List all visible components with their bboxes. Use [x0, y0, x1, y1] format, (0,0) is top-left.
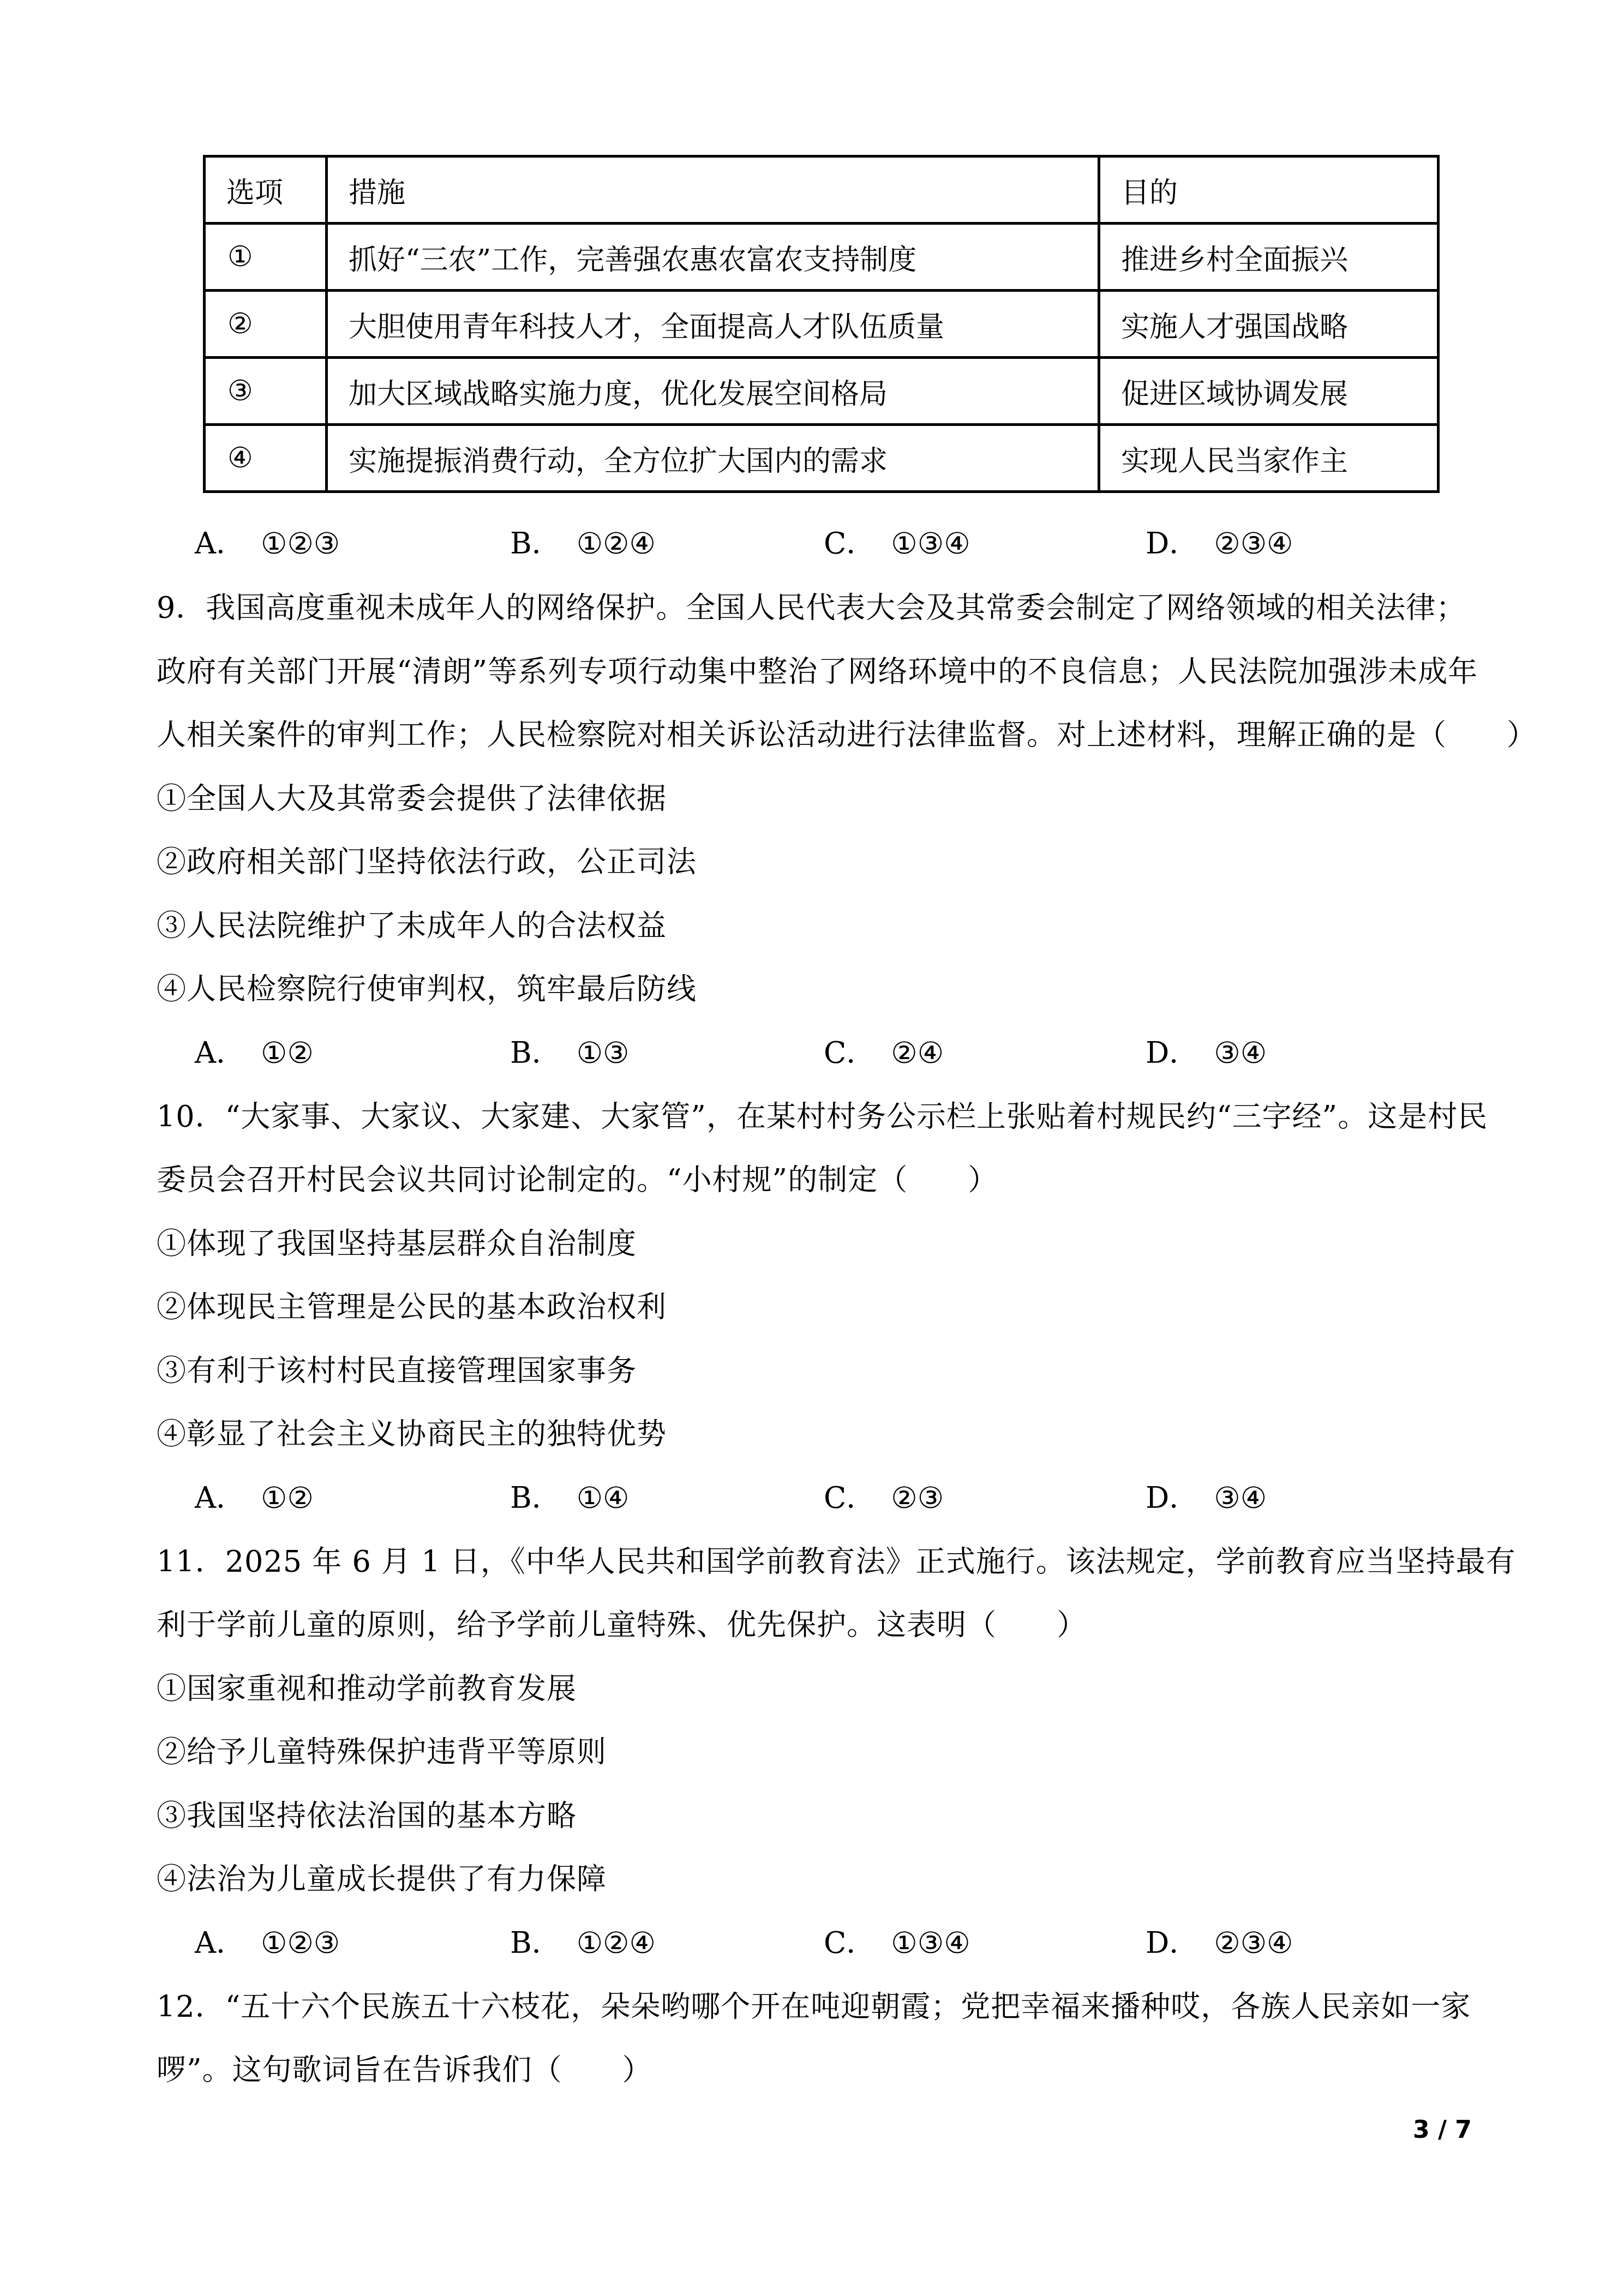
q8-choices: A．①②③ B．①②④ C．①③④ D．②③④ [195, 525, 1504, 563]
q11-statement-2: ②给予儿童特殊保护违背平等原则 [157, 1733, 607, 1771]
q11-statement-3: ③我国坚持依法治国的基本方略 [157, 1797, 577, 1835]
q11-choice-a[interactable]: A．①②③ [195, 1924, 340, 1962]
q10-statement-1: ①体现了我国坚持基层群众自治制度 [157, 1225, 637, 1263]
q9-choice-c[interactable]: C．②④ [824, 1034, 944, 1072]
q9-choice-a[interactable]: A．①② [195, 1034, 314, 1072]
table-header-goal: 目的 [1099, 157, 1439, 224]
q9-statement-1: ①全国人大及其常委会提供了法律依据 [157, 780, 667, 818]
q9-choices: A．①② B．①③ C．②④ D．③④ [195, 1034, 1504, 1072]
q10-choices: A．①② B．①④ C．②③ D．③④ [195, 1479, 1504, 1517]
measures-table: 选项 措施 目的 ① 抓好“三农”工作，完善强农惠农富农支持制度 推进乡村全面振… [203, 155, 1440, 493]
q9-statement-3: ③人民法院维护了未成年人的合法权益 [157, 907, 667, 945]
q10-stem-line-2: 委员会召开村民会议共同讨论制定的。“小村规”的制定（ ） [157, 1161, 998, 1199]
q11-choices: A．①②③ B．①②④ C．①③④ D．②③④ [195, 1924, 1504, 1962]
q8-choice-c[interactable]: C．①③④ [824, 525, 970, 563]
table-cell-measure: 抓好“三农”工作，完善强农惠农富农支持制度 [327, 224, 1099, 291]
q10-choice-d[interactable]: D．③④ [1146, 1479, 1267, 1517]
q10-choice-b[interactable]: B．①④ [510, 1479, 630, 1517]
table-header-option: 选项 [205, 157, 327, 224]
q9-choice-d[interactable]: D．③④ [1146, 1034, 1267, 1072]
q9-stem-line-2: 政府有关部门开展“清朗”等系列专项行动集中整治了网络环境中的不良信息；人民法院加… [157, 653, 1478, 691]
q9-statement-4: ④人民检察院行使审判权，筑牢最后防线 [157, 970, 697, 1008]
q8-choice-d[interactable]: D．②③④ [1146, 525, 1293, 563]
table-cell-option: ② [205, 291, 327, 358]
q11-stem-line-1: 11．2025 年 6 月 1 日，《中华人民共和国学前教育法》正式施行。该法规… [157, 1543, 1516, 1581]
table-cell-goal: 实施人才强国战略 [1099, 291, 1439, 358]
table-header-measure: 措施 [327, 157, 1099, 224]
table-cell-option: ④ [205, 425, 327, 492]
q11-statement-4: ④法治为儿童成长提供了有力保障 [157, 1860, 607, 1898]
q11-choice-c[interactable]: C．①③④ [824, 1924, 970, 1962]
table-row: ④ 实施提振消费行动，全方位扩大国内的需求 实现人民当家作主 [205, 425, 1439, 492]
table-cell-measure: 实施提振消费行动，全方位扩大国内的需求 [327, 425, 1099, 492]
q11-choice-d[interactable]: D．②③④ [1146, 1924, 1293, 1962]
table-cell-option: ① [205, 224, 327, 291]
q9-statement-2: ②政府相关部门坚持依法行政，公正司法 [157, 843, 697, 881]
q10-statement-3: ③有利于该村村民直接管理国家事务 [157, 1352, 637, 1390]
q10-choice-c[interactable]: C．②③ [824, 1479, 944, 1517]
table-cell-measure: 加大区域战略实施力度，优化发展空间格局 [327, 358, 1099, 425]
q8-choice-b[interactable]: B．①②④ [510, 525, 656, 563]
q11-statement-1: ①国家重视和推动学前教育发展 [157, 1670, 577, 1708]
q10-statement-2: ②体现民主管理是公民的基本政治权利 [157, 1288, 667, 1326]
q12-stem-line-1: 12．“五十六个民族五十六枝花，朵朵哟哪个开在吨迎朝霞；党把幸福来播种哎，各族人… [157, 1988, 1471, 2026]
table-cell-option: ③ [205, 358, 327, 425]
q12-stem-line-2: 啰”。这句歌词旨在告诉我们（ ） [157, 2051, 652, 2089]
exam-page: 选项 措施 目的 ① 抓好“三农”工作，完善强农惠农富农支持制度 推进乡村全面振… [0, 0, 1624, 2296]
q9-stem-line-3: 人相关案件的审判工作；人民检察院对相关诉讼活动进行法律监督。对上述材料，理解正确… [157, 716, 1537, 754]
q10-stem-line-1: 10．“大家事、大家议、大家建、大家管”，在某村村务公示栏上张贴着村规民约“三字… [157, 1098, 1488, 1136]
table-cell-measure: 大胆使用青年科技人才，全面提高人才队伍质量 [327, 291, 1099, 358]
q10-statement-4: ④彰显了社会主义协商民主的独特优势 [157, 1415, 667, 1453]
q11-stem-line-2: 利于学前儿童的原则，给予学前儿童特殊、优先保护。这表明（ ） [157, 1606, 1087, 1644]
q9-stem-line-1: 9．我国高度重视未成年人的网络保护。全国人民代表大会及其常委会制定了网络领域的相… [157, 589, 1466, 627]
q8-choice-a[interactable]: A．①②③ [195, 525, 340, 563]
page-number: 3 / 7 [1413, 2116, 1472, 2144]
table-header-row: 选项 措施 目的 [205, 157, 1439, 224]
q11-choice-b[interactable]: B．①②④ [510, 1924, 656, 1962]
table-cell-goal: 推进乡村全面振兴 [1099, 224, 1439, 291]
table-cell-goal: 促进区域协调发展 [1099, 358, 1439, 425]
table-cell-goal: 实现人民当家作主 [1099, 425, 1439, 492]
q10-choice-a[interactable]: A．①② [195, 1479, 314, 1517]
table-row: ③ 加大区域战略实施力度，优化发展空间格局 促进区域协调发展 [205, 358, 1439, 425]
table-row: ② 大胆使用青年科技人才，全面提高人才队伍质量 实施人才强国战略 [205, 291, 1439, 358]
table-row: ① 抓好“三农”工作，完善强农惠农富农支持制度 推进乡村全面振兴 [205, 224, 1439, 291]
q9-choice-b[interactable]: B．①③ [510, 1034, 630, 1072]
